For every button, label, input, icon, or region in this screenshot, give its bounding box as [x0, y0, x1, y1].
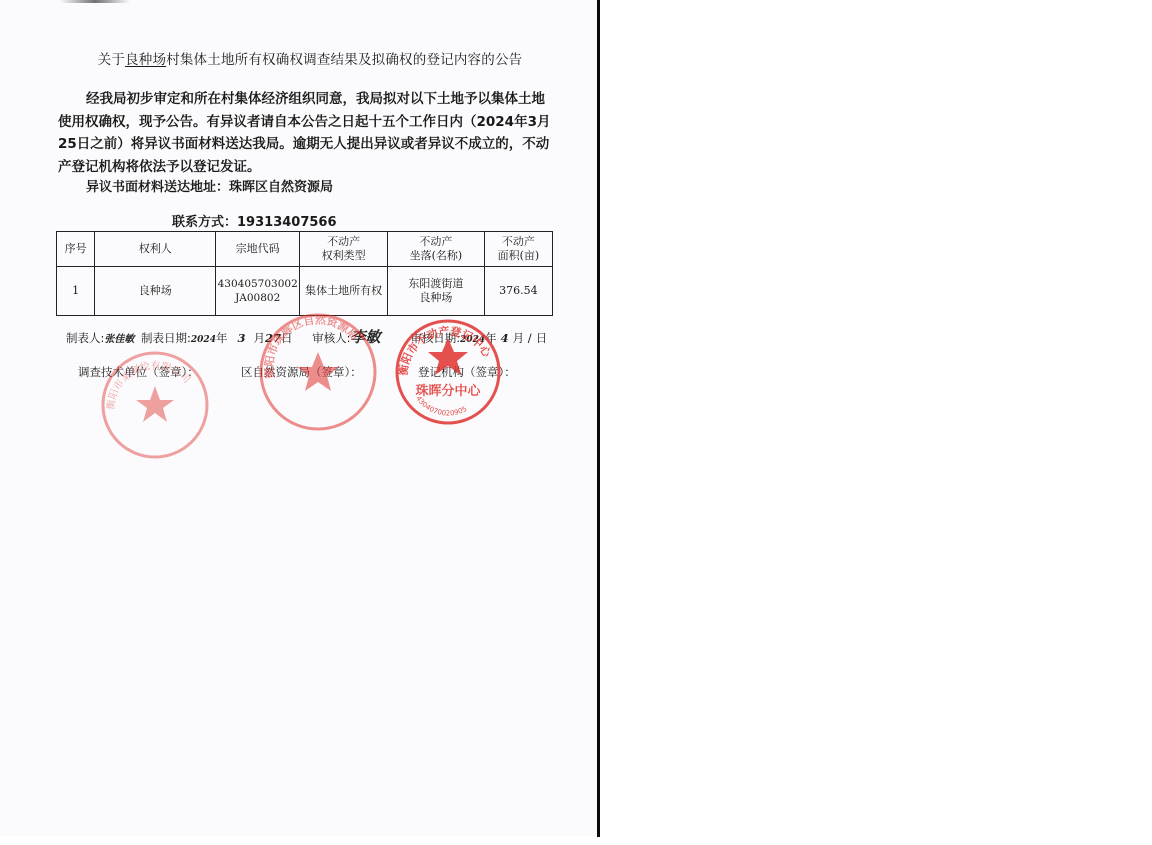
registration-table: 序号 权利人 宗地代码 不动产权利类型 不动产坐落(名称) 不动产面积(亩) 1…	[56, 231, 553, 316]
cell-index: 1	[57, 267, 95, 316]
header-area: 不动产面积(亩)	[484, 232, 552, 267]
title-prefix: 关于	[98, 52, 125, 68]
objection-address: 异议书面材料送达地址：珠晖区自然资源局	[86, 176, 333, 195]
svg-text:珠晖分中心: 珠晖分中心	[415, 383, 481, 399]
cell-parcel-code: 430405703002JA00802	[216, 267, 300, 316]
year-unit: 年	[216, 331, 228, 345]
header-parcel-code: 宗地代码	[216, 232, 300, 267]
announcement-paragraph: 经我局初步审定和所在村集体经济组织同意，我局拟对以下土地予以集体土地使用权确权，…	[58, 88, 558, 178]
preparer-signature: 张佳敏	[104, 334, 134, 345]
title-suffix: 村集体土地所有权确权调查结果及拟确权的登记内容的公告	[166, 52, 522, 68]
table-header-row: 序号 权利人 宗地代码 不动产权利类型 不动产坐落(名称) 不动产面积(亩)	[57, 232, 553, 267]
prepare-year: 2024	[191, 335, 216, 345]
prepare-date-label: 制表日期:	[141, 331, 191, 345]
contact-label: 联系方式：	[172, 215, 237, 230]
announcement-body: 经我局初步审定和所在村集体经济组织同意，我局拟对以下土地予以集体土地使用权确权，…	[58, 88, 558, 178]
prepare-month: 3	[237, 331, 245, 345]
page-divider	[597, 0, 600, 837]
scanned-document-page: 关于良种场村集体土地所有权确权调查结果及拟确权的登记内容的公告 经我局初步审定和…	[0, 0, 597, 836]
address-label: 异议书面材料送达地址：	[86, 180, 229, 195]
document-title: 关于良种场村集体土地所有权确权调查结果及拟确权的登记内容的公告	[60, 48, 560, 68]
cell-location: 东阳渡街道良种场	[388, 267, 485, 316]
cell-right-type: 集体土地所有权	[300, 267, 388, 316]
contact-info: 联系方式：19313407566	[172, 211, 337, 230]
cell-area: 376.54	[484, 267, 552, 316]
survey-unit-stamp: 衡阳市某测绘有限公司	[100, 350, 210, 460]
review-day-unit: 日	[536, 331, 548, 345]
header-location: 不动产坐落(名称)	[388, 232, 485, 267]
contact-phone: 19313407566	[237, 215, 337, 230]
bureau-stamp: 衡阳市珠晖区自然资源局	[258, 312, 378, 432]
header-index: 序号	[57, 232, 95, 267]
scan-edge-shadow	[60, 0, 130, 3]
table-row: 1 良种场 430405703002JA00802 集体土地所有权 东阳渡街道良…	[57, 267, 553, 316]
title-village: 良种场	[125, 52, 166, 68]
header-right-type: 不动产权利类型	[300, 232, 388, 267]
registry-stamp: 衡阳市不动产登记中心 珠晖分中心 4304070020905	[394, 318, 502, 426]
preparer-label: 制表人:	[66, 331, 104, 345]
review-month-unit: 月 /	[513, 331, 532, 345]
cell-owner: 良种场	[95, 267, 216, 316]
header-owner: 权利人	[95, 232, 216, 267]
address-value: 珠晖区自然资源局	[229, 180, 333, 195]
